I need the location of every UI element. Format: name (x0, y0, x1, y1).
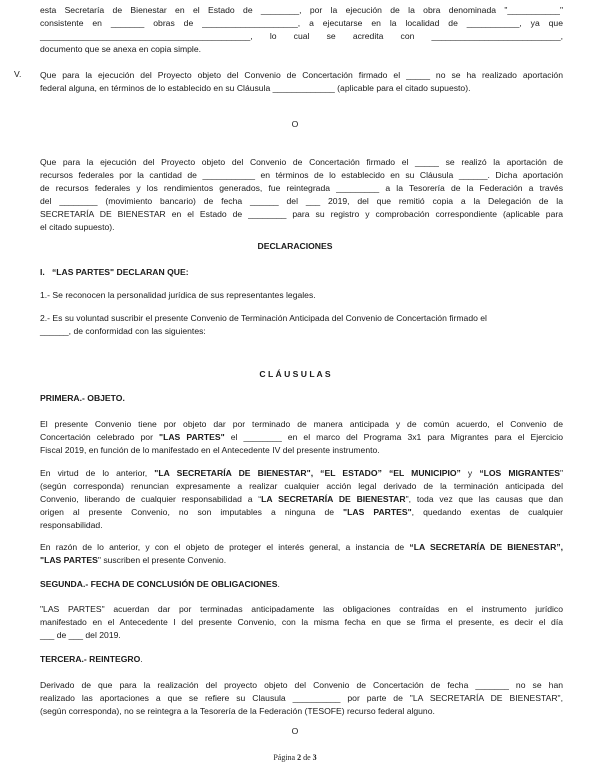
text-line: "LAS PARTES" acuerdan dar por terminadas… (40, 603, 563, 616)
text-line: el citado supuesto). (40, 221, 563, 234)
bold-text: “LOS MIGRANTES (479, 468, 560, 478)
page-footer: Página 2 de 3 (0, 753, 590, 762)
section-title-declaraciones: DECLARACIONES (0, 241, 590, 251)
bold-text: "LA SECRETARÍA DE BIENESTAR", “EL ESTADO… (154, 468, 461, 478)
text-line: recursos federales por la cantidad de __… (40, 169, 563, 182)
text-line: Que para la ejecución del Proyecto objet… (40, 69, 563, 82)
text-line: (según corresponda), no se reintegra a l… (40, 705, 563, 718)
section-title-clausulas: C L Á U S U L A S (0, 369, 590, 379)
text-line: manifestado en el Antecedente I del pres… (40, 616, 563, 629)
clause-heading-segunda: SEGUNDA.- FECHA DE CONCLUSIÓN DE OBLIGAC… (40, 578, 563, 591)
text-line: (según corresponda) renuncian expresamen… (40, 480, 563, 493)
text-line: ________________________________________… (40, 30, 563, 43)
declaraciones-subtitle: I. “LAS PARTES" DECLARAN QUE: (40, 266, 563, 279)
separator-o: O (0, 119, 590, 129)
text: Convenio, liberando de cualquier respons… (40, 494, 261, 504)
text-line: de recursos federales y los rendimientos… (40, 182, 563, 195)
text-line: Convenio, liberando de cualquier respons… (40, 493, 563, 506)
bold-text: SEGUNDA.- FECHA DE CONCLUSIÓN DE OBLIGAC… (40, 579, 277, 589)
text-line: En virtud de lo anterior, "LA SECRETARÍA… (40, 467, 563, 480)
text-line: Derivado de que para la realización del … (40, 679, 563, 692)
text-line: ___ de ___ del 2019. (40, 629, 563, 642)
bold-text: "LAS PARTES (40, 555, 98, 565)
text: Concertación celebrado por (40, 432, 159, 442)
item-number: V. (14, 69, 21, 79)
text-line: realizado las aportaciones a que se refi… (40, 692, 563, 705)
page-total: 3 (313, 753, 317, 762)
text-line: consistente en _______ obras de ________… (40, 17, 563, 30)
text: y (461, 468, 479, 478)
text-line: esta Secretaría de Bienestar en el Estad… (40, 4, 563, 17)
separator-o: O (0, 726, 590, 736)
bold-text: LA SECRETARÍA DE BIENESTAR (261, 494, 405, 504)
text-line: responsabilidad. (40, 519, 563, 532)
declaration-item-1: 1.- Se reconocen la personalidad jurídic… (40, 289, 563, 302)
text: origen al presente Convenio, no son impu… (40, 507, 343, 517)
text-line: "LAS PARTES" suscriben el presente Conve… (40, 554, 563, 567)
text: " (560, 468, 563, 478)
text: , quedando exentas de cualquier (412, 507, 563, 517)
text: el ________ en el marco del Programa 3x1… (225, 432, 563, 442)
text: de (301, 753, 313, 762)
text-line: Concertación celebrado por "LAS PARTES" … (40, 431, 563, 444)
text: En virtud de lo anterior, (40, 468, 154, 478)
clause-heading-primera: PRIMERA.- OBJETO. (40, 392, 563, 405)
text: En razón de lo anterior, y con el objeto… (40, 542, 409, 552)
text-line: Fiscal 2019, en función de lo manifestad… (40, 444, 563, 457)
text-line: El presente Convenio tiene por objeto da… (40, 418, 563, 431)
text-line: ______, de conformidad con las siguiente… (40, 325, 563, 338)
text-line: Que para la ejecución del Proyecto objet… (40, 156, 563, 169)
bold-text: "LAS PARTES" (159, 432, 225, 442)
text-line: documento que se anexa en copia simple. (40, 43, 563, 56)
text-line: del ________ (movimiento bancario) de fe… (40, 195, 563, 208)
text: . (277, 579, 279, 589)
text: ", toda vez que las causas que dan (406, 494, 563, 504)
bold-text: TERCERA.- REINTEGRO (40, 654, 140, 664)
text-line: 2.- Es su voluntad suscribir el presente… (40, 312, 563, 325)
clause-heading-tercera: TERCERA.- REINTEGRO. (40, 653, 563, 666)
text: " suscriben el presente Convenio. (98, 555, 226, 565)
text: Página (273, 753, 297, 762)
text-line: federal alguna, en términos de lo establ… (40, 82, 563, 95)
text-line: origen al presente Convenio, no son impu… (40, 506, 563, 519)
text: . (140, 654, 142, 664)
bold-text: "LAS PARTES" (343, 507, 412, 517)
bold-text: “LA SECRETARÍA DE BIENESTAR”, (409, 542, 563, 552)
text-line: SECRETARÍA DE BIENESTAR en el Estado de … (40, 208, 563, 221)
text-line: En razón de lo anterior, y con el objeto… (40, 541, 563, 554)
